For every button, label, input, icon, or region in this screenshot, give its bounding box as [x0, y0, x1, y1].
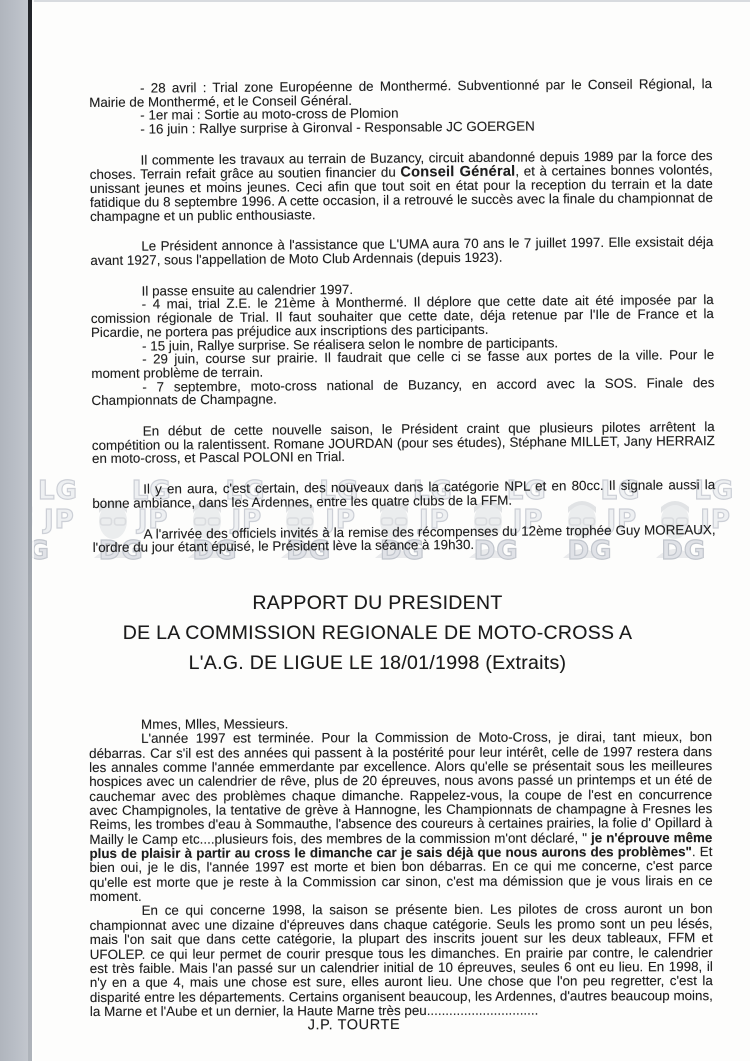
- page-left-highlight: [32, 0, 34, 1061]
- paragraph-closing: A l'arrivée des officiels invités à la r…: [92, 523, 715, 555]
- calendar-item: - 7 septembre, moto-cross national de Bu…: [91, 376, 714, 408]
- event-item: - 16 juin : Rallye surprise à Gironval -…: [89, 118, 712, 137]
- report-paragraph-1998: En ce qui concerne 1998, la saison se pr…: [90, 903, 713, 1020]
- minutes-section: - 28 avril : Trial zone Européenne de Mo…: [89, 77, 716, 555]
- watermark-letters: LG: [38, 478, 78, 504]
- scan-left-strip: [0, 0, 28, 1061]
- paragraph-season: En début de cette nouvelle saison, le Pr…: [92, 420, 715, 466]
- signature: J.P. TOURTE: [90, 1017, 713, 1033]
- paragraph-president-announce: Le Président annonce à l'assistance que …: [90, 235, 713, 267]
- report-body-section: Mmes, Mlles, Messieurs. L'année 1997 est…: [89, 716, 713, 1034]
- scan-top-edge: [0, 0, 750, 2]
- report-paragraph-1997: L'année 1997 est terminée. Pour la Commi…: [89, 730, 713, 904]
- report-title-line3: L'A.G. DE LIGUE LE 18/01/1998 (Extraits): [89, 648, 666, 678]
- calendar-item: - 4 mai, trial Z.E. le 21ème à Monthermé…: [91, 294, 714, 340]
- watermark-letters: JP: [44, 507, 75, 533]
- report-title: RAPPORT DU PRESIDENT DE LA COMMISSION RE…: [89, 588, 712, 678]
- report-title-line2: DE LA COMMISSION REGIONALE DE MOTO-CROSS…: [89, 618, 666, 648]
- paragraph-buzancy: Il commente les travaux au terrain de Bu…: [90, 149, 714, 223]
- report-title-line1: RAPPORT DU PRESIDENT: [89, 588, 666, 618]
- paragraph-newcomers: Il y en aura, c'est certain, des nouveau…: [92, 478, 715, 510]
